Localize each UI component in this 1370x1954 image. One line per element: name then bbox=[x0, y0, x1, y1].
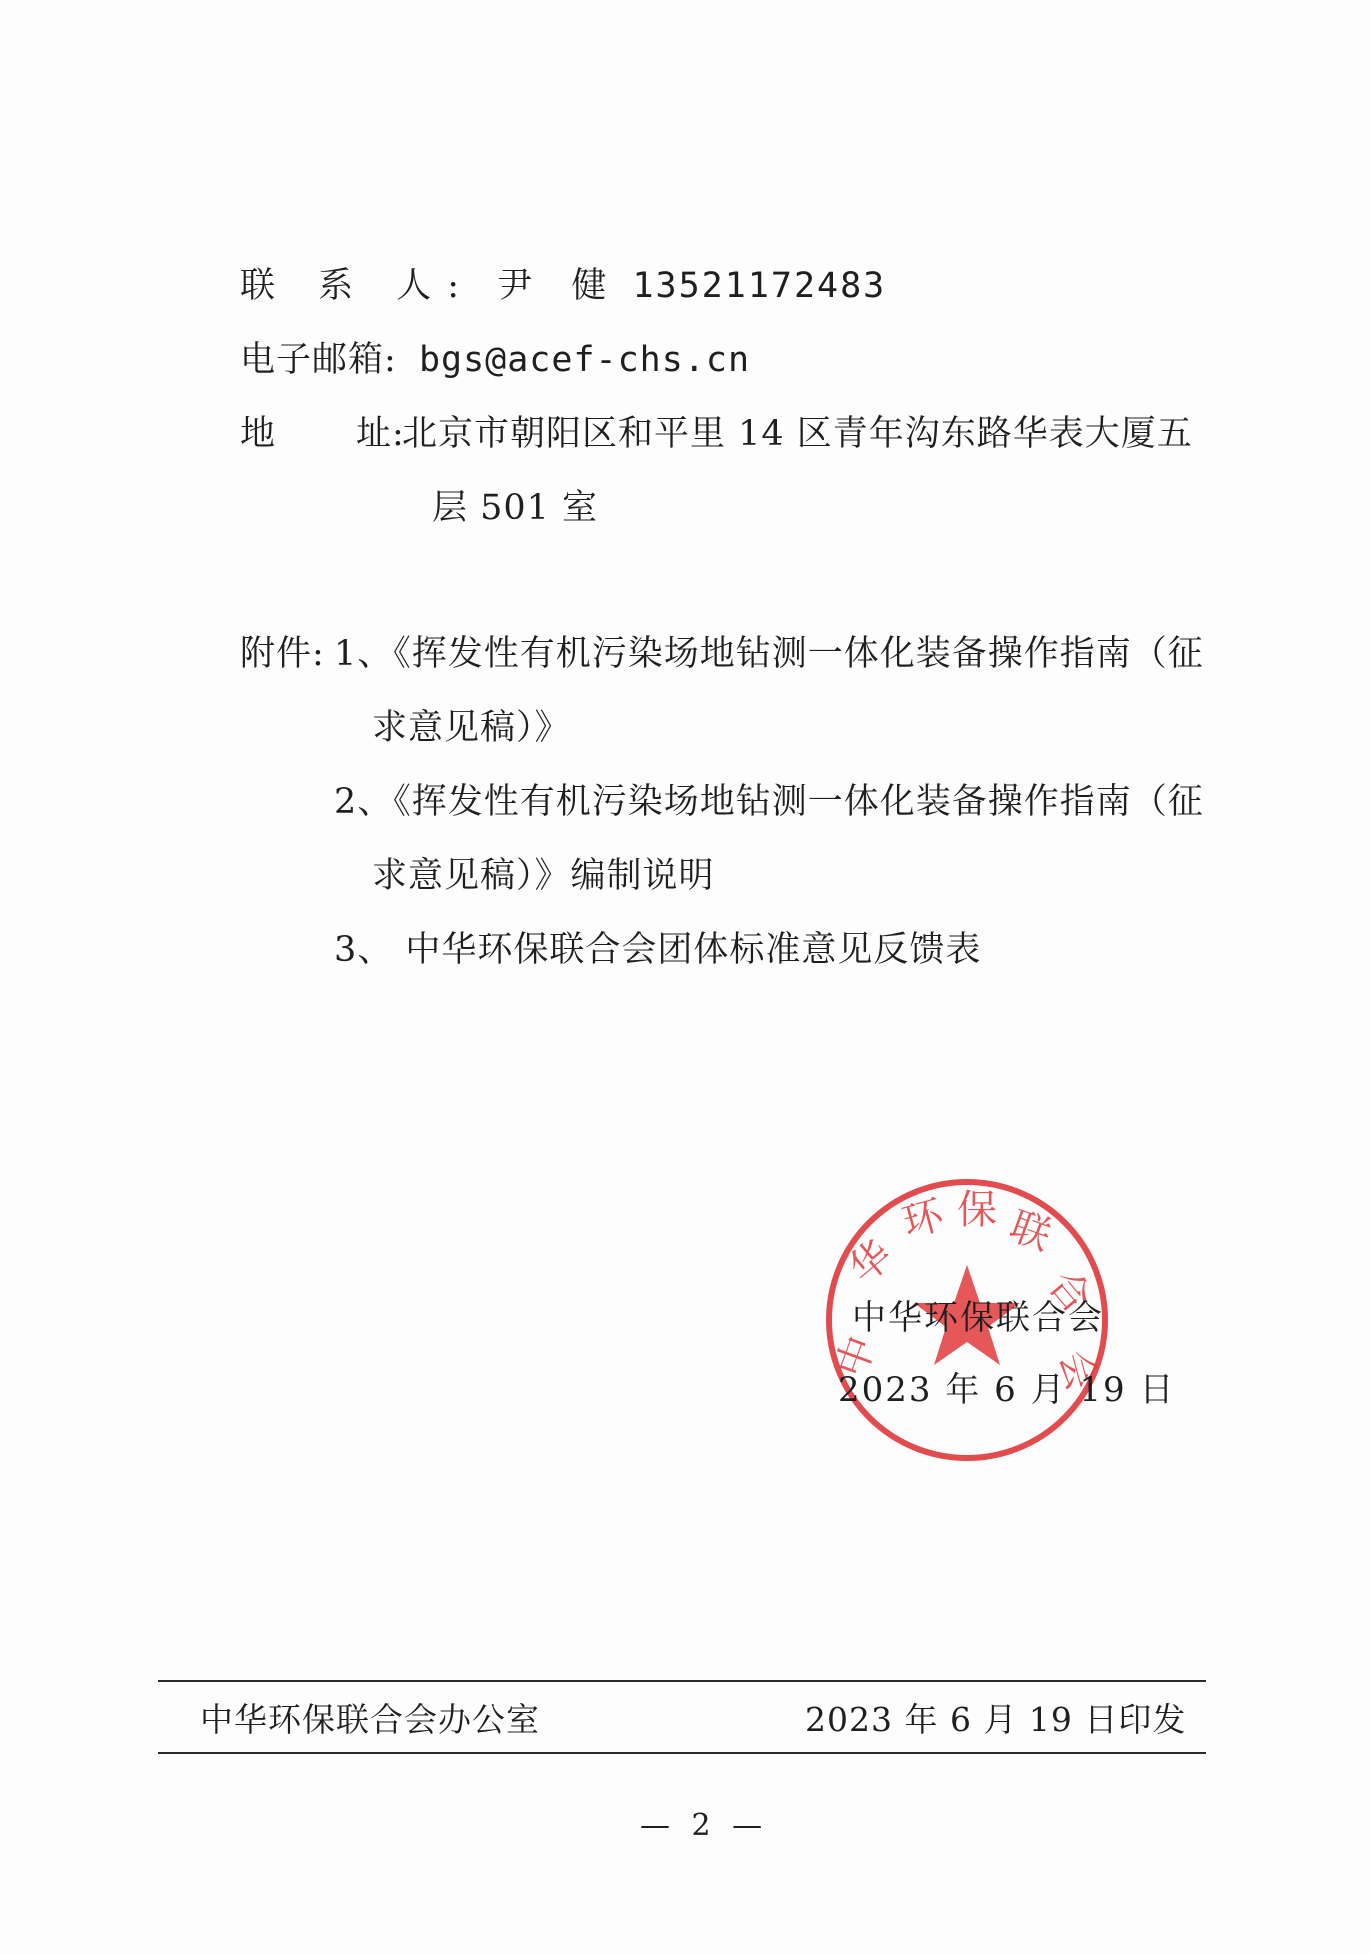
address-label-second: 址: bbox=[356, 412, 405, 456]
address-label-first: 地 bbox=[240, 412, 276, 456]
attachments-label: 附件: bbox=[240, 632, 325, 676]
attachment-item-2-cont: 求意见稿）》编制说明 bbox=[372, 854, 715, 898]
footer-rule-bottom bbox=[158, 1752, 1206, 1754]
attachment-item-1: 1、《挥发性有机污染场地钻测一体化装备操作指南（征 bbox=[334, 632, 1204, 676]
address-line-1: 北京市朝阳区和平里 14 区青年沟东路华表大厦五 bbox=[402, 412, 1193, 456]
footer-issued-date: 2023 年 6 月 19 日印发 bbox=[805, 1698, 1186, 1742]
contact-row: 联 系 人: 尹 健 13521172483 bbox=[240, 264, 886, 308]
address-line-2: 层 501 室 bbox=[432, 486, 598, 530]
signature-date: 2023 年 6 月 19 日 bbox=[838, 1368, 1175, 1412]
email-row: 电子邮箱: bgs@acef-chs.cn bbox=[240, 338, 750, 382]
document-page: 联 系 人: 尹 健 13521172483 电子邮箱: bgs@acef-ch… bbox=[0, 0, 1370, 1954]
email-value: bgs@acef-chs.cn bbox=[419, 340, 750, 380]
svg-text:联: 联 bbox=[1004, 1203, 1057, 1260]
svg-text:保: 保 bbox=[957, 1187, 997, 1233]
signature-organization: 中华环保联合会 bbox=[852, 1296, 1104, 1340]
contact-name: 尹 健 bbox=[497, 266, 620, 306]
contact-label: 联 系 人: bbox=[240, 266, 475, 306]
attachment-item-2: 2、《挥发性有机污染场地钻测一体化装备操作指南（征 bbox=[334, 780, 1204, 824]
page-number: — 2 — bbox=[640, 1808, 768, 1843]
svg-text:环: 环 bbox=[898, 1192, 950, 1247]
attachment-item-3: 3、 中华环保联合会团体标准意见反馈表 bbox=[334, 928, 981, 972]
footer-rule-top bbox=[158, 1680, 1206, 1682]
footer-issuer: 中华环保联合会办公室 bbox=[200, 1698, 540, 1742]
attachment-item-1-cont: 求意见稿）》 bbox=[372, 706, 571, 750]
email-label: 电子邮箱: bbox=[240, 340, 397, 380]
contact-phone: 13521172483 bbox=[632, 266, 886, 306]
svg-text:华: 华 bbox=[841, 1232, 901, 1293]
